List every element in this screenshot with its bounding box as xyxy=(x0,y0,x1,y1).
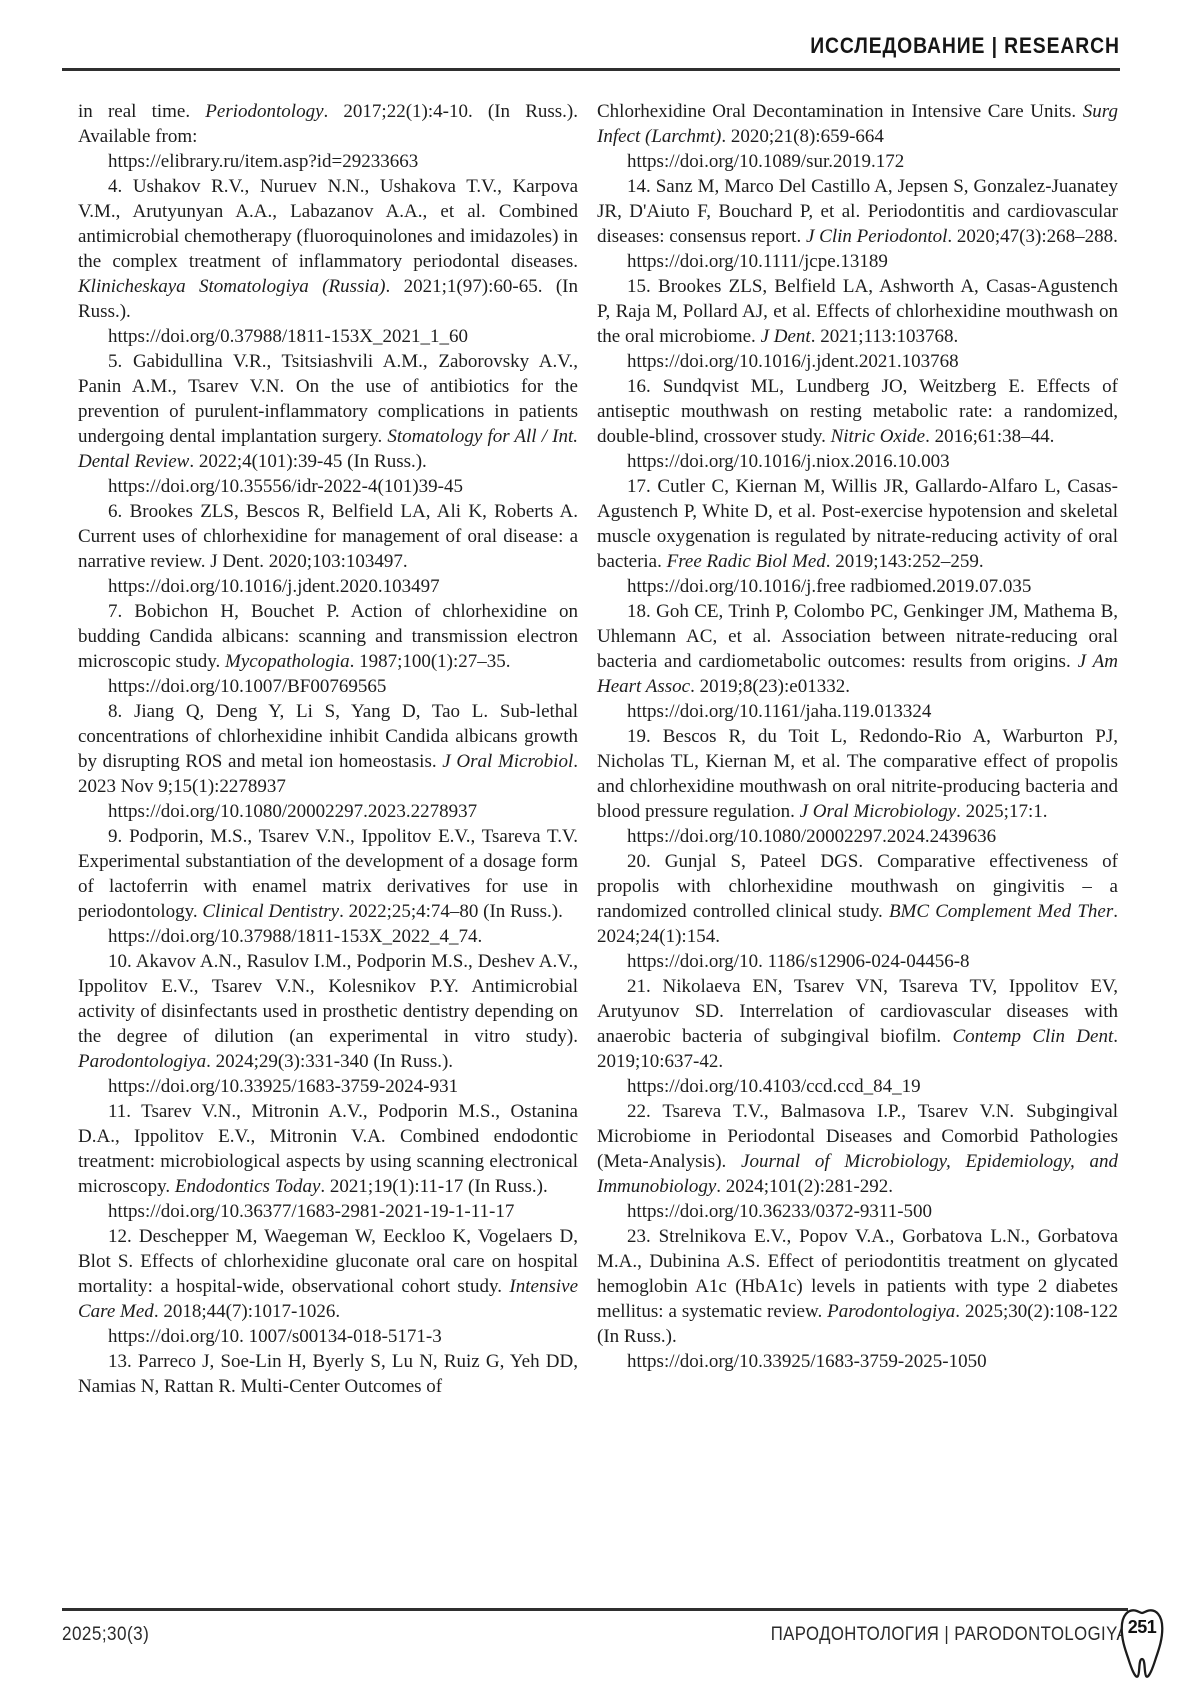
doi-url: https://doi.org/10.33925/1683-3759-2024-… xyxy=(78,1074,578,1099)
reference-entry: 13. Parreco J, Soe-Lin H, Byerly S, Lu N… xyxy=(78,1349,578,1399)
reference-text: https://doi.org/10.1161/jaha.119.013324 xyxy=(627,701,931,722)
right-column: Chlorhexidine Oral Decontamination in In… xyxy=(597,99,1118,1399)
doi-url: https://doi.org/10.1080/20002297.2024.24… xyxy=(597,824,1118,849)
doi-url: https://doi.org/10. 1007/s00134-018-5171… xyxy=(78,1324,578,1349)
reference-text: https://doi.org/10.1089/sur.2019.172 xyxy=(627,151,904,172)
left-column: in real time. Periodontology. 2017;22(1)… xyxy=(78,99,578,1399)
reference-text: . 2020;47(3):268–288. xyxy=(947,226,1117,247)
reference-entry: 8. Jiang Q, Deng Y, Li S, Yang D, Tao L.… xyxy=(78,699,578,799)
reference-entry: 4. Ushakov R.V., Nuruev N.N., Ushakova T… xyxy=(78,174,578,324)
reference-text: https://doi.org/10.1016/j.free radbiomed… xyxy=(627,576,1031,597)
doi-url: https://doi.org/10.4103/ccd.ccd_84_19 xyxy=(597,1074,1118,1099)
reference-text: https://doi.org/10. 1007/s00134-018-5171… xyxy=(108,1326,442,1347)
journal-page: ИССЛЕДОВАНИЕ | RESEARCH in real time. Pe… xyxy=(0,0,1200,1697)
reference-entry: 9. Podporin, M.S., Tsarev V.N., Ippolito… xyxy=(78,824,578,924)
journal-title-italic: J Dent xyxy=(761,326,811,347)
reference-text: https://doi.org/10.1111/jcpe.13189 xyxy=(627,251,888,272)
doi-url: https://doi.org/10.1111/jcpe.13189 xyxy=(597,249,1118,274)
reference-text: https://doi.org/10.33925/1683-3759-2025-… xyxy=(627,1351,987,1372)
journal-title-italic: Free Radic Biol Med xyxy=(667,551,826,572)
reference-text: https://elibrary.ru/item.asp?id=29233663 xyxy=(108,151,418,172)
doi-url: https://doi.org/10.1016/j.jdent.2020.103… xyxy=(78,574,578,599)
reference-text: 12. Deschepper M, Waegeman W, Eeckloo K,… xyxy=(78,1226,578,1297)
reference-entry: 5. Gabidullina V.R., Tsitsiashvili A.M.,… xyxy=(78,349,578,474)
reference-entry: 11. Tsarev V.N., Mitronin A.V., Podporin… xyxy=(78,1099,578,1199)
doi-url: https://doi.org/10. 1186/s12906-024-0445… xyxy=(597,949,1118,974)
reference-entry: 7. Bobichon H, Bouchet P. Action of chlo… xyxy=(78,599,578,674)
journal-title-italic: Parodontologiya xyxy=(78,1051,206,1072)
reference-text: https://doi.org/10.1080/20002297.2023.22… xyxy=(108,801,477,822)
doi-url: https://doi.org/10.1089/sur.2019.172 xyxy=(597,149,1118,174)
reference-text: https://doi.org/10.33925/1683-3759-2024-… xyxy=(108,1076,458,1097)
journal-title-italic: Clinical Dentistry xyxy=(202,901,339,922)
journal-title-italic: Nitric Oxide xyxy=(831,426,925,447)
reference-text: https://doi.org/10.1016/j.jdent.2021.103… xyxy=(627,351,959,372)
reference-text: . 2016;61:38–44. xyxy=(925,426,1054,447)
running-head-text: ИССЛЕДОВАНИЕ | RESEARCH xyxy=(810,33,1120,59)
page-number: 251 xyxy=(1116,1617,1168,1638)
reference-text: . 2022;25;4:74–80 (In Russ.). xyxy=(339,901,563,922)
reference-text: https://doi.org/10.36233/0372-9311-500 xyxy=(627,1201,932,1222)
references-content: in real time. Periodontology. 2017;22(1)… xyxy=(78,99,1118,1399)
doi-url: https://elibrary.ru/item.asp?id=29233663 xyxy=(78,149,578,174)
page-number-badge: 251 xyxy=(1116,1606,1168,1682)
page-footer: 2025;30(3) ПАРОДОНТОЛОГИЯ | PARODONTOLOG… xyxy=(62,1608,1128,1646)
reference-text: https://doi.org/10.1080/20002297.2024.24… xyxy=(627,826,996,847)
journal-title-italic: Parodontologiya xyxy=(827,1301,955,1322)
doi-url: https://doi.org/10.1016/j.jdent.2021.103… xyxy=(597,349,1118,374)
reference-entry: 20. Gunjal S, Pateel DGS. Comparative ef… xyxy=(597,849,1118,949)
journal-name: ПАРОДОНТОЛОГИЯ | PARODONTOLOGIYA xyxy=(771,1624,1128,1646)
reference-entry: 22. Tsareva T.V., Balmasova I.P., Tsarev… xyxy=(597,1099,1118,1199)
reference-entry: 14. Sanz M, Marco Del Castillo A, Jepsen… xyxy=(597,174,1118,249)
doi-url: https://doi.org/10.1080/20002297.2023.22… xyxy=(78,799,578,824)
reference-text: . 2022;4(101):39-45 (In Russ.). xyxy=(189,451,426,472)
reference-text: https://doi.org/0.37988/1811-153X_2021_1… xyxy=(108,326,468,347)
doi-url: https://doi.org/10.1016/j.free radbiomed… xyxy=(597,574,1118,599)
journal-title-italic: Endodontics Today xyxy=(175,1176,321,1197)
reference-entry: 17. Cutler C, Kiernan M, Willis JR, Gall… xyxy=(597,474,1118,574)
doi-url: https://doi.org/10.37988/1811-153X_2022_… xyxy=(78,924,578,949)
reference-text: . 2020;21(8):659-664 xyxy=(721,126,884,147)
reference-entry: Chlorhexidine Oral Decontamination in In… xyxy=(597,99,1118,149)
doi-url: https://doi.org/10.1007/BF00769565 xyxy=(78,674,578,699)
reference-entry: 12. Deschepper M, Waegeman W, Eeckloo K,… xyxy=(78,1224,578,1324)
doi-url: https://doi.org/10.36377/1683-2981-2021-… xyxy=(78,1199,578,1224)
reference-text: 13. Parreco J, Soe-Lin H, Byerly S, Lu N… xyxy=(78,1351,578,1397)
doi-url: https://doi.org/10.1016/j.niox.2016.10.0… xyxy=(597,449,1118,474)
footer-row: 2025;30(3) ПАРОДОНТОЛОГИЯ | PARODONTOLOG… xyxy=(62,1624,1128,1646)
doi-url: https://doi.org/10.33925/1683-3759-2025-… xyxy=(597,1349,1118,1374)
reference-text: 10. Akavov A.N., Rasulov I.M., Podporin … xyxy=(78,951,578,1047)
reference-text: https://doi.org/10.37988/1811-153X_2022_… xyxy=(108,926,482,947)
reference-text: . 2025;17:1. xyxy=(956,801,1047,822)
reference-text: . 2019;143:252–259. xyxy=(826,551,984,572)
reference-entry: 19. Bescos R, du Toit L, Redondo-Rio A, … xyxy=(597,724,1118,824)
journal-title-italic: J Clin Periodontol xyxy=(806,226,947,247)
reference-text: . 2018;44(7):1017-1026. xyxy=(154,1301,340,1322)
reference-entry: 18. Goh CE, Trinh P, Colombo PC, Genking… xyxy=(597,599,1118,699)
reference-text: . 1987;100(1):27–35. xyxy=(350,651,511,672)
reference-text: . 2019;8(23):e01332. xyxy=(690,676,850,697)
journal-title-italic: BMC Complement Med Ther xyxy=(889,901,1113,922)
journal-title-italic: Klinicheskaya Stomatologiya (Russia) xyxy=(78,276,386,297)
reference-text: https://doi.org/10.1007/BF00769565 xyxy=(108,676,386,697)
reference-text: . 2024;29(3):331-340 (In Russ.). xyxy=(206,1051,453,1072)
doi-url: https://doi.org/0.37988/1811-153X_2021_1… xyxy=(78,324,578,349)
journal-title-italic: J Oral Microbiol xyxy=(442,751,573,772)
journal-title-italic: Mycopathologia xyxy=(225,651,350,672)
journal-title-italic: Periodontology xyxy=(205,101,323,122)
reference-text: https://doi.org/10. 1186/s12906-024-0445… xyxy=(627,951,970,972)
doi-url: https://doi.org/10.36233/0372-9311-500 xyxy=(597,1199,1118,1224)
reference-entry: 10. Akavov A.N., Rasulov I.M., Podporin … xyxy=(78,949,578,1074)
page-header: ИССЛЕДОВАНИЕ | RESEARCH xyxy=(62,0,1120,71)
reference-entry: 16. Sundqvist ML, Lundberg JO, Weitzberg… xyxy=(597,374,1118,449)
header-rule xyxy=(62,68,1120,71)
reference-text: . 2024;101(2):281-292. xyxy=(716,1176,893,1197)
reference-text: https://doi.org/10.4103/ccd.ccd_84_19 xyxy=(627,1076,921,1097)
reference-text: . 2021;113:103768. xyxy=(811,326,959,347)
reference-text: 6. Brookes ZLS, Bescos R, Belfield LA, A… xyxy=(78,501,578,572)
footer-rule xyxy=(62,1608,1128,1611)
reference-entry: 21. Nikolaeva EN, Tsarev VN, Tsareva TV,… xyxy=(597,974,1118,1074)
journal-title-italic: J Oral Microbiology xyxy=(800,801,957,822)
reference-entry: 15. Brookes ZLS, Belfield LA, Ashworth A… xyxy=(597,274,1118,349)
doi-url: https://doi.org/10.35556/idr-2022-4(101)… xyxy=(78,474,578,499)
reference-text: Chlorhexidine Oral Decontamination in In… xyxy=(597,101,1083,122)
reference-entry: 23. Strelnikova E.V., Popov V.A., Gorbat… xyxy=(597,1224,1118,1349)
reference-text: https://doi.org/10.1016/j.jdent.2020.103… xyxy=(108,576,440,597)
reference-text: 18. Goh CE, Trinh P, Colombo PC, Genking… xyxy=(597,601,1118,672)
reference-text: https://doi.org/10.1016/j.niox.2016.10.0… xyxy=(627,451,950,472)
doi-url: https://doi.org/10.1161/jaha.119.013324 xyxy=(597,699,1118,724)
reference-entry: 6. Brookes ZLS, Bescos R, Belfield LA, A… xyxy=(78,499,578,574)
reference-entry: in real time. Periodontology. 2017;22(1)… xyxy=(78,99,578,149)
running-head: ИССЛЕДОВАНИЕ | RESEARCH xyxy=(62,0,1120,59)
reference-text: https://doi.org/10.35556/idr-2022-4(101)… xyxy=(108,476,463,497)
reference-text: 4. Ushakov R.V., Nuruev N.N., Ushakova T… xyxy=(78,176,578,272)
reference-text: https://doi.org/10.36377/1683-2981-2021-… xyxy=(108,1201,514,1222)
reference-text: in real time. xyxy=(78,101,205,122)
reference-text: . 2021;19(1):11-17 (In Russ.). xyxy=(320,1176,547,1197)
issue-info: 2025;30(3) xyxy=(62,1624,149,1646)
journal-title-italic: Contemp Clin Dent xyxy=(952,1026,1113,1047)
